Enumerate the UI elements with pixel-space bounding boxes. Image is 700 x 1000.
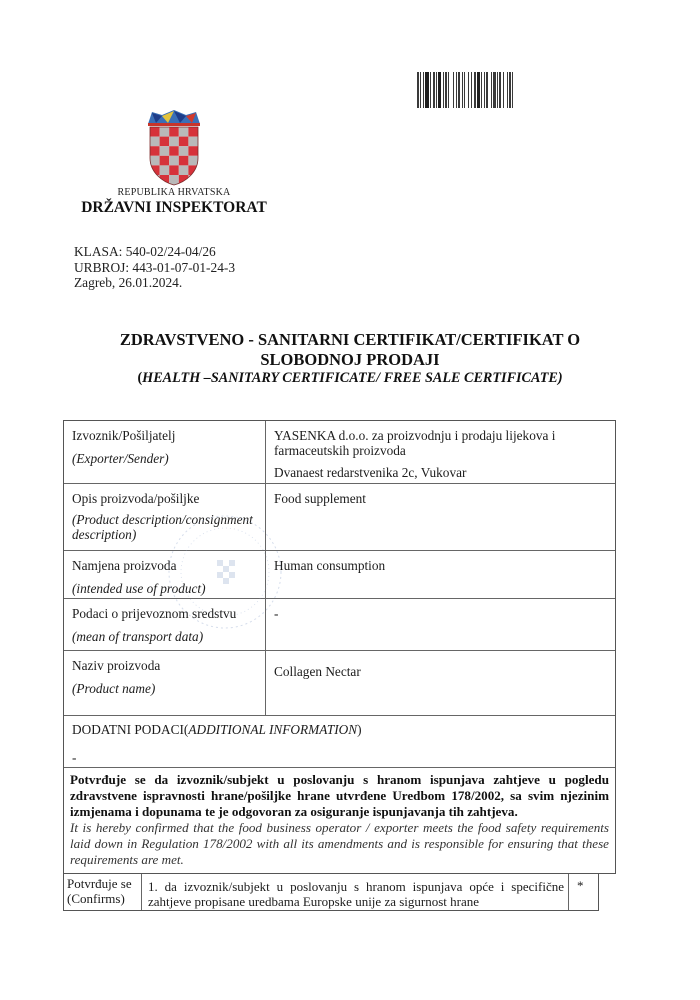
- label-cell: Podaci o prijevoznom sredstvu (mean of t…: [64, 599, 266, 650]
- croatian-coat-of-arms-icon: [142, 108, 206, 186]
- table-row-exporter: Izvoznik/Pošiljatelj (Exporter/Sender) Y…: [64, 421, 615, 484]
- table-row-additional-info: DODATNI PODACI(ADDITIONAL INFORMATION) -: [64, 716, 615, 768]
- label-cell: Naziv proizvoda (Product name): [64, 651, 266, 715]
- certificate-title-line2: SLOBODNOJ PRODAJI: [0, 350, 700, 370]
- confirms-mark: *: [569, 874, 598, 910]
- table-row-intended-use: Namjena proizvoda (intended use of produ…: [64, 551, 615, 599]
- additional-info-heading: DODATNI PODACI(ADDITIONAL INFORMATION): [72, 722, 615, 737]
- barcode-bar: [513, 72, 515, 108]
- label-cell: Namjena proizvoda (intended use of produ…: [64, 551, 266, 598]
- confirmation-english: It is hereby confirmed that the food bus…: [70, 820, 609, 867]
- table-row-transport: Podaci o prijevoznom sredstvu (mean of t…: [64, 599, 615, 651]
- additional-info: DODATNI PODACI(ADDITIONAL INFORMATION) -: [64, 716, 615, 767]
- confirms-label: Potvrđuje se (Confirms): [64, 874, 142, 910]
- republic-label: REPUBLIKA HRVATSKA: [0, 187, 348, 198]
- urbroj: URBROJ: 443-01-07-01-24-3: [74, 260, 235, 276]
- label-cell: Opis proizvoda/pošiljke (Product descrip…: [64, 484, 266, 550]
- exporter-value: YASENKA d.o.o. za proizvodnju i prodaju …: [266, 421, 615, 483]
- additional-info-value: -: [72, 750, 615, 765]
- confirms-item: 1. da izvoznik/subjekt u poslovanju s hr…: [142, 874, 569, 910]
- confirmation-croatian: Potvrđuje se da izvoznik/subjekt u poslo…: [70, 772, 609, 819]
- place-date: Zagreb, 26.01.2024.: [74, 275, 235, 291]
- label-cell: Izvoznik/Pošiljatelj (Exporter/Sender): [64, 421, 266, 483]
- authority-name: DRŽAVNI INSPEKTORAT: [0, 199, 348, 217]
- confirms-table: Potvrđuje se (Confirms) 1. da izvoznik/s…: [63, 873, 599, 911]
- certificate-title-english: (HEALTH –SANITARY CERTIFICATE/ FREE SALE…: [0, 370, 700, 387]
- intended-use-value: Human consumption: [266, 551, 615, 598]
- certificate-title-line1: ZDRAVSTVENO - SANITARNI CERTIFIKAT/CERTI…: [0, 330, 700, 350]
- table-row-confirmation: Potvrđuje se da izvoznik/subjekt u poslo…: [64, 768, 615, 873]
- transport-value: -: [266, 599, 615, 650]
- document-meta: KLASA: 540-02/24-04/26 URBROJ: 443-01-07…: [74, 244, 235, 291]
- barcode: [417, 72, 613, 108]
- description-value: Food supplement: [266, 484, 615, 550]
- table-row-product-name: Naziv proizvoda (Product name) Collagen …: [64, 651, 615, 716]
- table-row-description: Opis proizvoda/pošiljke (Product descrip…: [64, 484, 615, 551]
- certificate-table: Izvoznik/Pošiljatelj (Exporter/Sender) Y…: [63, 420, 616, 874]
- confirmation-text: Potvrđuje se da izvoznik/subjekt u poslo…: [64, 768, 615, 873]
- klasa: KLASA: 540-02/24-04/26: [74, 244, 235, 260]
- product-name-value: Collagen Nectar: [266, 651, 615, 715]
